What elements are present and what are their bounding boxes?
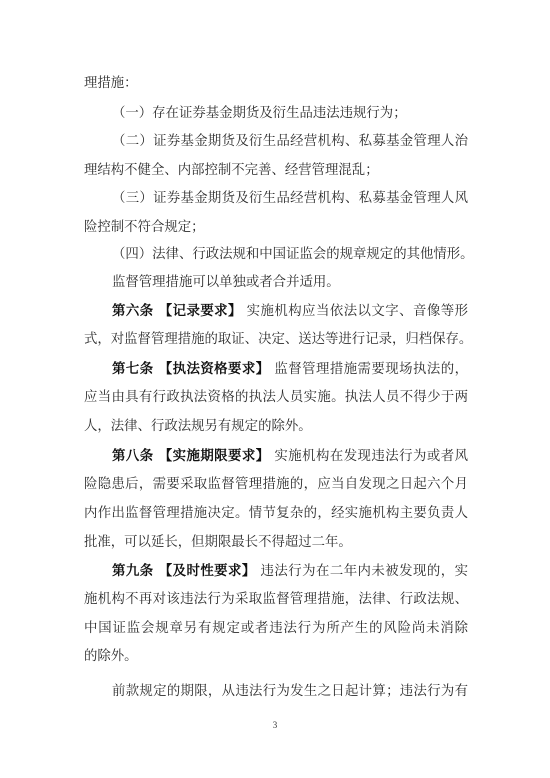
article-title: 第六条 【记录要求】 [112,304,242,319]
line-text: 前款规定的期限，从违法行为发生之日起计算；违法行为有 [112,684,468,699]
line-text: 应当由具有行政执法资格的执法人员实施。执法人员不得少于两 [84,390,468,405]
line-text: 人，法律、行政法规另有规定的除外。 [84,419,312,434]
text-line: 人，法律、行政法规另有规定的除外。 [84,417,468,437]
article-heading-line: 第七条 【执法资格要求】 监督管理措施需要现场执法的， [112,360,468,380]
article-heading-line: 第六条 【记录要求】 实施机构应当依法以文字、音像等形 [112,302,468,322]
line-text: （四）法律、行政法规和中国证监会的规章规定的其他情形。 [112,247,474,262]
text-line: （四）法律、行政法规和中国证监会的规章规定的其他情形。 [112,245,468,265]
line-text: 理结构不健全、内部控制不完善、经营管理混乱； [84,163,379,178]
text-line: 批准，可以延长，但期限最长不得超过二年。 [84,533,468,553]
document-page: 理措施：（一）存在证券基金期货及衍生品违法违规行为；（二）证券基金期货及衍生品经… [0,0,550,778]
line-text: 险控制不符合规定； [84,220,205,235]
text-line: （二）证券基金期货及衍生品经营机构、私募基金管理人治 [112,132,468,152]
text-line: 前款规定的期限，从违法行为发生之日起计算；违法行为有 [112,682,468,702]
line-text: 的除外。 [84,649,138,664]
line-text: 实施机构在发现违法行为或者风 [270,449,468,464]
line-text: （一）存在证券基金期货及衍生品违法违规行为； [112,106,407,121]
article-title: 第七条 【执法资格要求】 [112,362,270,377]
line-text: 中国证监会规章另有规定或者违法行为所产生的风险尚未消除 [84,621,468,636]
article-heading-line: 第九条 【及时性要求】 违法行为在二年内未被发现的，实 [112,562,468,582]
line-text: 监督管理措施需要现场执法的， [270,362,468,377]
line-text: 监督管理措施可以单独或者合并适用。 [112,275,340,290]
line-text: 内作出监督管理措施决定。情节复杂的，经实施机构主要负责人 [84,506,468,521]
line-text: 险隐患后，需要采取监督管理措施的，应当自发现之日起六个月 [84,477,468,492]
line-text: （二）证券基金期货及衍生品经营机构、私募基金管理人治 [112,134,468,149]
line-text: 违法行为在二年内未被发现的，实 [256,564,468,579]
text-line: 险控制不符合规定； [84,218,468,238]
text-line: 监督管理措施可以单独或者合并适用。 [112,273,468,293]
text-line: 应当由具有行政执法资格的执法人员实施。执法人员不得少于两 [84,388,468,408]
line-text: （三）证券基金期货及衍生品经营机构、私募基金管理人风 [112,191,468,206]
text-line: 的除外。 [84,647,468,667]
article-title: 第九条 【及时性要求】 [112,564,256,579]
text-line: （一）存在证券基金期货及衍生品违法违规行为； [112,104,468,124]
text-line: （三）证券基金期货及衍生品经营机构、私募基金管理人风 [112,189,468,209]
text-line: 施机构不再对该违法行为采取监督管理措施，法律、行政法规、 [84,590,468,610]
page-number: 3 [0,720,550,730]
article-title: 第八条 【实施期限要求】 [112,449,270,464]
line-text: 理措施： [84,76,138,91]
text-line: 中国证监会规章另有规定或者违法行为所产生的风险尚未消除 [84,619,468,639]
line-text: 实施机构应当依法以文字、音像等形 [242,304,468,319]
text-line: 险隐患后，需要采取监督管理措施的，应当自发现之日起六个月 [84,475,468,495]
line-text: 施机构不再对该违法行为采取监督管理措施，法律、行政法规、 [84,592,468,607]
text-line: 理结构不健全、内部控制不完善、经营管理混乱； [84,161,468,181]
text-line: 理措施： [84,74,468,94]
article-heading-line: 第八条 【实施期限要求】 实施机构在发现违法行为或者风 [112,447,468,467]
line-text: 式，对监督管理措施的取证、决定、送达等进行记录，归档保存。 [84,332,472,347]
text-line: 式，对监督管理措施的取证、决定、送达等进行记录，归档保存。 [84,330,468,350]
text-line: 内作出监督管理措施决定。情节复杂的，经实施机构主要负责人 [84,504,468,524]
line-text: 批准，可以延长，但期限最长不得超过二年。 [84,535,352,550]
